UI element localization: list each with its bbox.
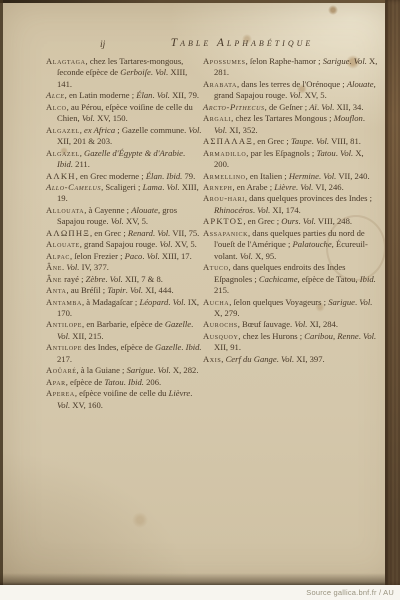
entry-text: XI, 174. — [270, 205, 301, 215]
entry-term: Apar — [46, 377, 66, 387]
entry-text-italic: Gazelle — [165, 319, 191, 329]
entry-text: XV, 5. — [173, 239, 197, 249]
entry-text: VII, 240. — [336, 171, 369, 181]
entry-text-italic: Rhinocéros — [214, 205, 253, 215]
entry-text-italic: Lama — [143, 182, 163, 192]
entry-text-italic: Sarigue — [127, 365, 154, 375]
entry-text-italic: Vol. — [354, 56, 367, 66]
entry-term: Armellino — [203, 171, 246, 181]
index-entry: Arneph, en Arabe ; Lièvre. Vol. VI, 246. — [203, 182, 378, 193]
entry-text-italic: Vol. — [359, 297, 372, 307]
index-entry: Aurochs, Bœuf ſauvage. Vol. XI, 284. — [203, 319, 378, 330]
index-entry: Âne. Vol. IV, 377. — [46, 262, 202, 273]
entry-text: , ſelon Frezier ; — [70, 251, 125, 261]
index-entry: Antamba, à Madagaſcar ; Léopard. Vol. IX… — [46, 297, 202, 320]
index-entry: Aperea, eſpèce voiſine de celle du Lièvr… — [46, 388, 202, 411]
entry-text: XII, 79. — [170, 90, 199, 100]
book-page-paper: ij Table Alphabétique Alagtaga, chez les… — [0, 0, 400, 585]
entry-text-italic: Vol. — [147, 251, 160, 261]
index-column-right: Apossumes, ſelon Raphe-hamor ; Sarigue. … — [203, 56, 378, 365]
entry-text: . — [191, 319, 193, 329]
index-entry: Âne rayé ; Zèbre. Vol. XII, 7 & 8. — [46, 274, 202, 285]
entry-term: Alce — [46, 90, 65, 100]
entry-text-italic: Vol. — [289, 90, 302, 100]
entry-text: , ſelon quelques Voyageurs ; — [229, 297, 328, 307]
entry-text-italic: Lièvre — [274, 182, 296, 192]
entry-text: , à Madagaſcar ; — [82, 297, 140, 307]
entry-text-italic: Ibid. — [128, 377, 144, 387]
entry-text: XV, 160. — [70, 400, 103, 410]
entry-text-italic: Gazelle d'Égypte & d'Arabie — [84, 148, 183, 158]
entry-text: , dans quelques provinces des Indes ; — [245, 193, 372, 203]
index-entry: Alagtaga, chez les Tartares-mongous, ſec… — [46, 56, 202, 90]
entry-text-italic: Hermine — [289, 171, 319, 181]
entry-text: XI, 284. — [307, 319, 338, 329]
entry-text: , en Barbarie, eſpèce de — [82, 319, 165, 329]
index-entry: ΑΛΩΠΗΞ, en Grec ; Renard. Vol. VII, 75. — [46, 228, 202, 239]
entry-term: Arneph — [203, 182, 232, 192]
index-entry: Algazel, Gazelle d'Égypte & d'Arabie. Ib… — [46, 148, 202, 171]
entry-text: 211. — [73, 159, 90, 169]
entry-text-italic: Ibid. — [57, 159, 73, 169]
entry-text: 79. — [182, 171, 195, 181]
entry-text: , Scaligeri ; — [101, 182, 143, 192]
entry-term: Algazel — [46, 148, 80, 158]
entry-text: . — [363, 113, 365, 123]
entry-term: ΑΛΩΠΗΞ — [46, 228, 90, 238]
entry-text: X, 282. — [171, 365, 199, 375]
entry-text: , chez les Hurons ; — [238, 331, 304, 341]
entry-text: , en Italien ; — [246, 171, 289, 181]
entry-text-italic: Vol. — [316, 136, 329, 146]
entry-term: ΑΣΠΑΛΑΞ — [203, 136, 253, 146]
entry-text: XV, 5. — [303, 90, 327, 100]
entry-term: Aoûaré — [46, 365, 76, 375]
entry-term: Apossumes — [203, 56, 246, 66]
entry-text: 215. — [214, 285, 229, 295]
entry-term: Antilope — [46, 342, 82, 352]
entry-text: , en Latin moderne ; — [65, 90, 137, 100]
entry-text-italic: Vol. — [173, 297, 186, 307]
index-entry: Ausquoy, chez les Hurons ; Caribou, Renn… — [203, 331, 378, 354]
entry-text: , dans les terres de l'Orénoque ; — [237, 79, 347, 89]
entry-text: , en Grec moderne ; — [76, 171, 146, 181]
entry-text-italic: Paco — [125, 251, 143, 261]
index-entry: Alce, en Latin moderne ; Élan. Vol. XII,… — [46, 90, 202, 101]
entry-text: XII, 201 & 203. — [57, 136, 112, 146]
entry-term: Alpac — [46, 251, 70, 261]
entry-text: , à la Guiane ; — [76, 365, 126, 375]
entry-term: Antilope — [46, 319, 82, 329]
entry-term: Allo-Camelus — [46, 182, 101, 192]
entry-text: , en Grec ; — [90, 228, 128, 238]
entry-text-italic: Vol. — [300, 182, 313, 192]
index-entry: Algazel, ex Africa ; Gazelle commune. Vo… — [46, 125, 202, 148]
entry-text-italic: Renard — [128, 228, 153, 238]
index-entry: Antilope, en Barbarie, eſpèce de Gazelle… — [46, 319, 202, 342]
entry-text: des Indes, eſpèce de — [82, 342, 155, 352]
index-entry: ΑΛΚΗ, en Grec moderne ; Élan. Ibid. 79. — [46, 171, 202, 182]
entry-text: rayé ; — [62, 274, 86, 284]
entry-text-italic: Vol. — [159, 239, 172, 249]
entry-text: , en Grec ; — [243, 216, 281, 226]
index-entry: Anta, au Bréſil ; Tapir. Vol. XI, 444. — [46, 285, 202, 296]
entry-text-italic: Vol. — [130, 285, 143, 295]
entry-text: VII, 75. — [170, 228, 199, 238]
index-entry: Allouata, à Cayenne ; Alouate, gros Sapa… — [46, 205, 202, 228]
entry-text-italic: Élan — [146, 171, 162, 181]
source-watermark: Source gallica.bnf.fr / AU — [306, 588, 394, 597]
entry-text-italic: Vol. — [158, 365, 171, 375]
entry-text-italic: Vol. — [66, 262, 79, 272]
book-left-edge — [0, 0, 3, 585]
entry-term: Armadillo — [203, 148, 246, 158]
entry-text: , eſpèce voiſine de celle du — [75, 388, 169, 398]
entry-term: Aurochs — [203, 319, 238, 329]
entry-text-italic: Renne — [337, 331, 358, 341]
index-entry: Antilope des Indes, eſpèce de Gazelle. I… — [46, 342, 202, 365]
entry-text-italic: Mouflon — [334, 113, 363, 123]
entry-text: 217. — [57, 354, 72, 364]
index-entry: Aoûaré, à la Guiane ; Sarigue. Vol. X, 2… — [46, 365, 202, 376]
entry-term: Alagtaga — [46, 56, 86, 66]
entry-text: , de Geſner ; — [265, 102, 310, 112]
entry-text-italic: Vol. — [303, 216, 316, 226]
entry-term: Arcto-Pithecus — [203, 102, 265, 112]
index-entry: Armadillo, par les Eſpagnols ; Tatou. Vo… — [203, 148, 378, 171]
entry-text-italic: Gazelle — [155, 342, 181, 352]
entry-text: X, 279. — [214, 308, 240, 318]
index-entry: Apossumes, ſelon Raphe-hamor ; Sarigue. … — [203, 56, 378, 79]
entry-text-italic: Zèbre — [86, 274, 106, 284]
entry-term: Algazel — [46, 125, 80, 135]
entry-text-italic: Ibid. — [186, 342, 202, 352]
entry-text: X, 95. — [253, 251, 276, 261]
page-title: Table Alphabétique — [128, 37, 356, 49]
entry-text: XI, 444. — [143, 285, 174, 295]
entry-text: XII, 215. — [70, 331, 103, 341]
index-column-left: Alagtaga, chez les Tartares-mongous, ſec… — [46, 56, 202, 411]
entry-term: Argali — [203, 113, 231, 123]
entry-text: . — [183, 148, 185, 158]
entry-text-italic: Vol. — [82, 113, 95, 123]
entry-text-italic: Élan — [136, 90, 152, 100]
entry-text: , grand Sapajou rouge. — [80, 239, 160, 249]
entry-text-italic: Ours — [281, 216, 298, 226]
entry-text-italic: Léopard — [139, 297, 168, 307]
entry-text-italic: Vol. — [57, 331, 70, 341]
entry-term: Atuco — [203, 262, 229, 272]
entry-text-italic: Tatou — [104, 377, 123, 387]
entry-text-italic: Vol. — [214, 125, 227, 135]
entry-text: , par les Eſpagnols ; — [246, 148, 316, 158]
entry-term: ΑΡΚΤΟΣ — [203, 216, 243, 226]
entry-text-italic: Tapir — [107, 285, 125, 295]
entry-term: Aperea — [46, 388, 75, 398]
page-bottom-shadow — [0, 573, 385, 585]
entry-text-italic: Vol. — [257, 205, 270, 215]
index-entry: Axis, Cerf du Gange. Vol. XI, 397. — [203, 354, 378, 365]
index-entry: Apar, eſpèce de Tatou. Ibid. 206. — [46, 377, 202, 388]
entry-term: Axis — [203, 354, 221, 364]
index-entry: Allo-Camelus, Scaligeri ; Lama. Vol. XII… — [46, 182, 202, 205]
entry-text-italic: ex Africa — [84, 125, 115, 135]
entry-term: Âne — [46, 274, 62, 284]
entry-term: Arou-hari — [203, 193, 245, 203]
entry-text: . — [190, 388, 192, 398]
index-entry: Arou-hari, dans quelques provinces des I… — [203, 193, 378, 216]
entry-text-italic: Vol. — [57, 400, 70, 410]
index-entry: Argali, chez les Tartares Mongous ; Mouf… — [203, 113, 378, 136]
entry-text-italic: Vol. — [240, 251, 253, 261]
entry-text: ; Gazelle commune. — [115, 125, 188, 135]
entry-text-italic: Cachicame — [259, 274, 298, 284]
index-entry: Alpac, ſelon Frezier ; Paco. Vol. XIII, … — [46, 251, 202, 262]
entry-term: Aucha — [203, 297, 229, 307]
entry-text: XI, 397. — [294, 354, 325, 364]
entry-term: Arabata — [203, 79, 237, 89]
entry-term: Ausquoy — [203, 331, 238, 341]
book-fore-edge — [385, 0, 400, 585]
entry-text-italic: Lièvre — [169, 388, 191, 398]
entry-term: Antamba — [46, 297, 82, 307]
entry-text: XII, 7 & 8. — [123, 274, 163, 284]
entry-text-italic: Aï — [309, 102, 317, 112]
entry-text: 206. — [144, 377, 161, 387]
index-entry: ΑΣΠΑΛΑΞ, en Grec ; Taupe. Vol. VIII, 81. — [203, 136, 378, 147]
entry-text-italic: Sarigue — [328, 297, 355, 307]
entry-text-italic: Vol. — [294, 319, 307, 329]
index-entry: Aucha, ſelon quelques Voyageurs ; Sarigu… — [203, 297, 378, 320]
entry-text-italic: Tatou — [316, 148, 335, 158]
entry-text: IV, 377. — [79, 262, 108, 272]
entry-term: Assapanick — [203, 228, 248, 238]
entry-text: , à Cayenne ; — [84, 205, 131, 215]
entry-text-italic: Vol. — [188, 125, 201, 135]
entry-text: , au Bréſil ; — [66, 285, 107, 295]
index-entry: Arcto-Pithecus, de Geſner ; Aï. Vol. XII… — [203, 102, 378, 113]
index-entry: Arabata, dans les terres de l'Orénoque ;… — [203, 79, 378, 102]
entry-text: , chez les Tartares Mongous ; — [231, 113, 334, 123]
entry-term: Allouata — [46, 205, 84, 215]
entry-text: , Bœuf ſauvage. — [238, 319, 295, 329]
entry-text: XII, 91. — [214, 342, 241, 352]
entry-term: Âne — [46, 262, 62, 272]
entry-text-italic: Vol. — [110, 274, 123, 284]
book-top-edge — [0, 0, 400, 3]
entry-term: ΑΛΚΗ — [46, 171, 76, 181]
entry-term: Alco — [46, 102, 67, 112]
entry-text-italic: Vol. — [281, 354, 294, 364]
entry-text-italic: Ibid. — [166, 171, 182, 181]
entry-text: VI, 246. — [313, 182, 343, 192]
entry-text: XII, 34. — [334, 102, 363, 112]
entry-text: XV, 5. — [124, 216, 148, 226]
entry-text: XIII, 17. — [160, 251, 192, 261]
entry-text: , ſelon Raphe-hamor ; — [246, 56, 323, 66]
entry-text: XV, 150. — [95, 113, 128, 123]
entry-text: XI, 352. — [227, 125, 258, 135]
entry-text: , en Grec ; — [253, 136, 291, 146]
entry-text-italic: Alouate — [347, 79, 374, 89]
scan-footer-strip: Source gallica.bnf.fr / AU — [0, 585, 400, 600]
entry-text-italic: Vol. — [340, 148, 353, 158]
entry-text-italic: Cerf du Gange — [226, 354, 277, 364]
entry-text-italic: Vol. — [363, 331, 376, 341]
entry-term: Anta — [46, 285, 66, 295]
entry-text-italic: Gerboiſe — [120, 67, 151, 77]
entry-text-italic: Vol. — [321, 102, 334, 112]
library-stamp — [326, 215, 386, 281]
entry-term: Alouate — [46, 239, 80, 249]
signature-mark: ij — [100, 40, 105, 50]
entry-text-italic: Vol. — [111, 216, 124, 226]
entry-text-italic: Sarigue — [323, 56, 350, 66]
index-entry: Alouate, grand Sapajou rouge. Vol. XV, 5… — [46, 239, 202, 250]
entry-text-italic: Caribou — [304, 331, 333, 341]
index-entry: Armellino, en Italien ; Hermine. Vol. VI… — [203, 171, 378, 182]
entry-text: , eſpèce de — [66, 377, 105, 387]
entry-text-italic: Vol. — [155, 67, 168, 77]
entry-text: VIII, 81. — [329, 136, 361, 146]
entry-text-italic: Taupe — [291, 136, 312, 146]
entry-text-italic: Vol. — [166, 182, 179, 192]
entry-text: , en Arabe ; — [232, 182, 274, 192]
entry-text-italic: Vol. — [323, 171, 336, 181]
entry-text-italic: Vol. — [157, 228, 170, 238]
index-entry: Alco, au Pérou, eſpèce voiſine de celle … — [46, 102, 202, 125]
entry-text-italic: Alouate — [131, 205, 158, 215]
entry-text-italic: Vol. — [157, 90, 170, 100]
